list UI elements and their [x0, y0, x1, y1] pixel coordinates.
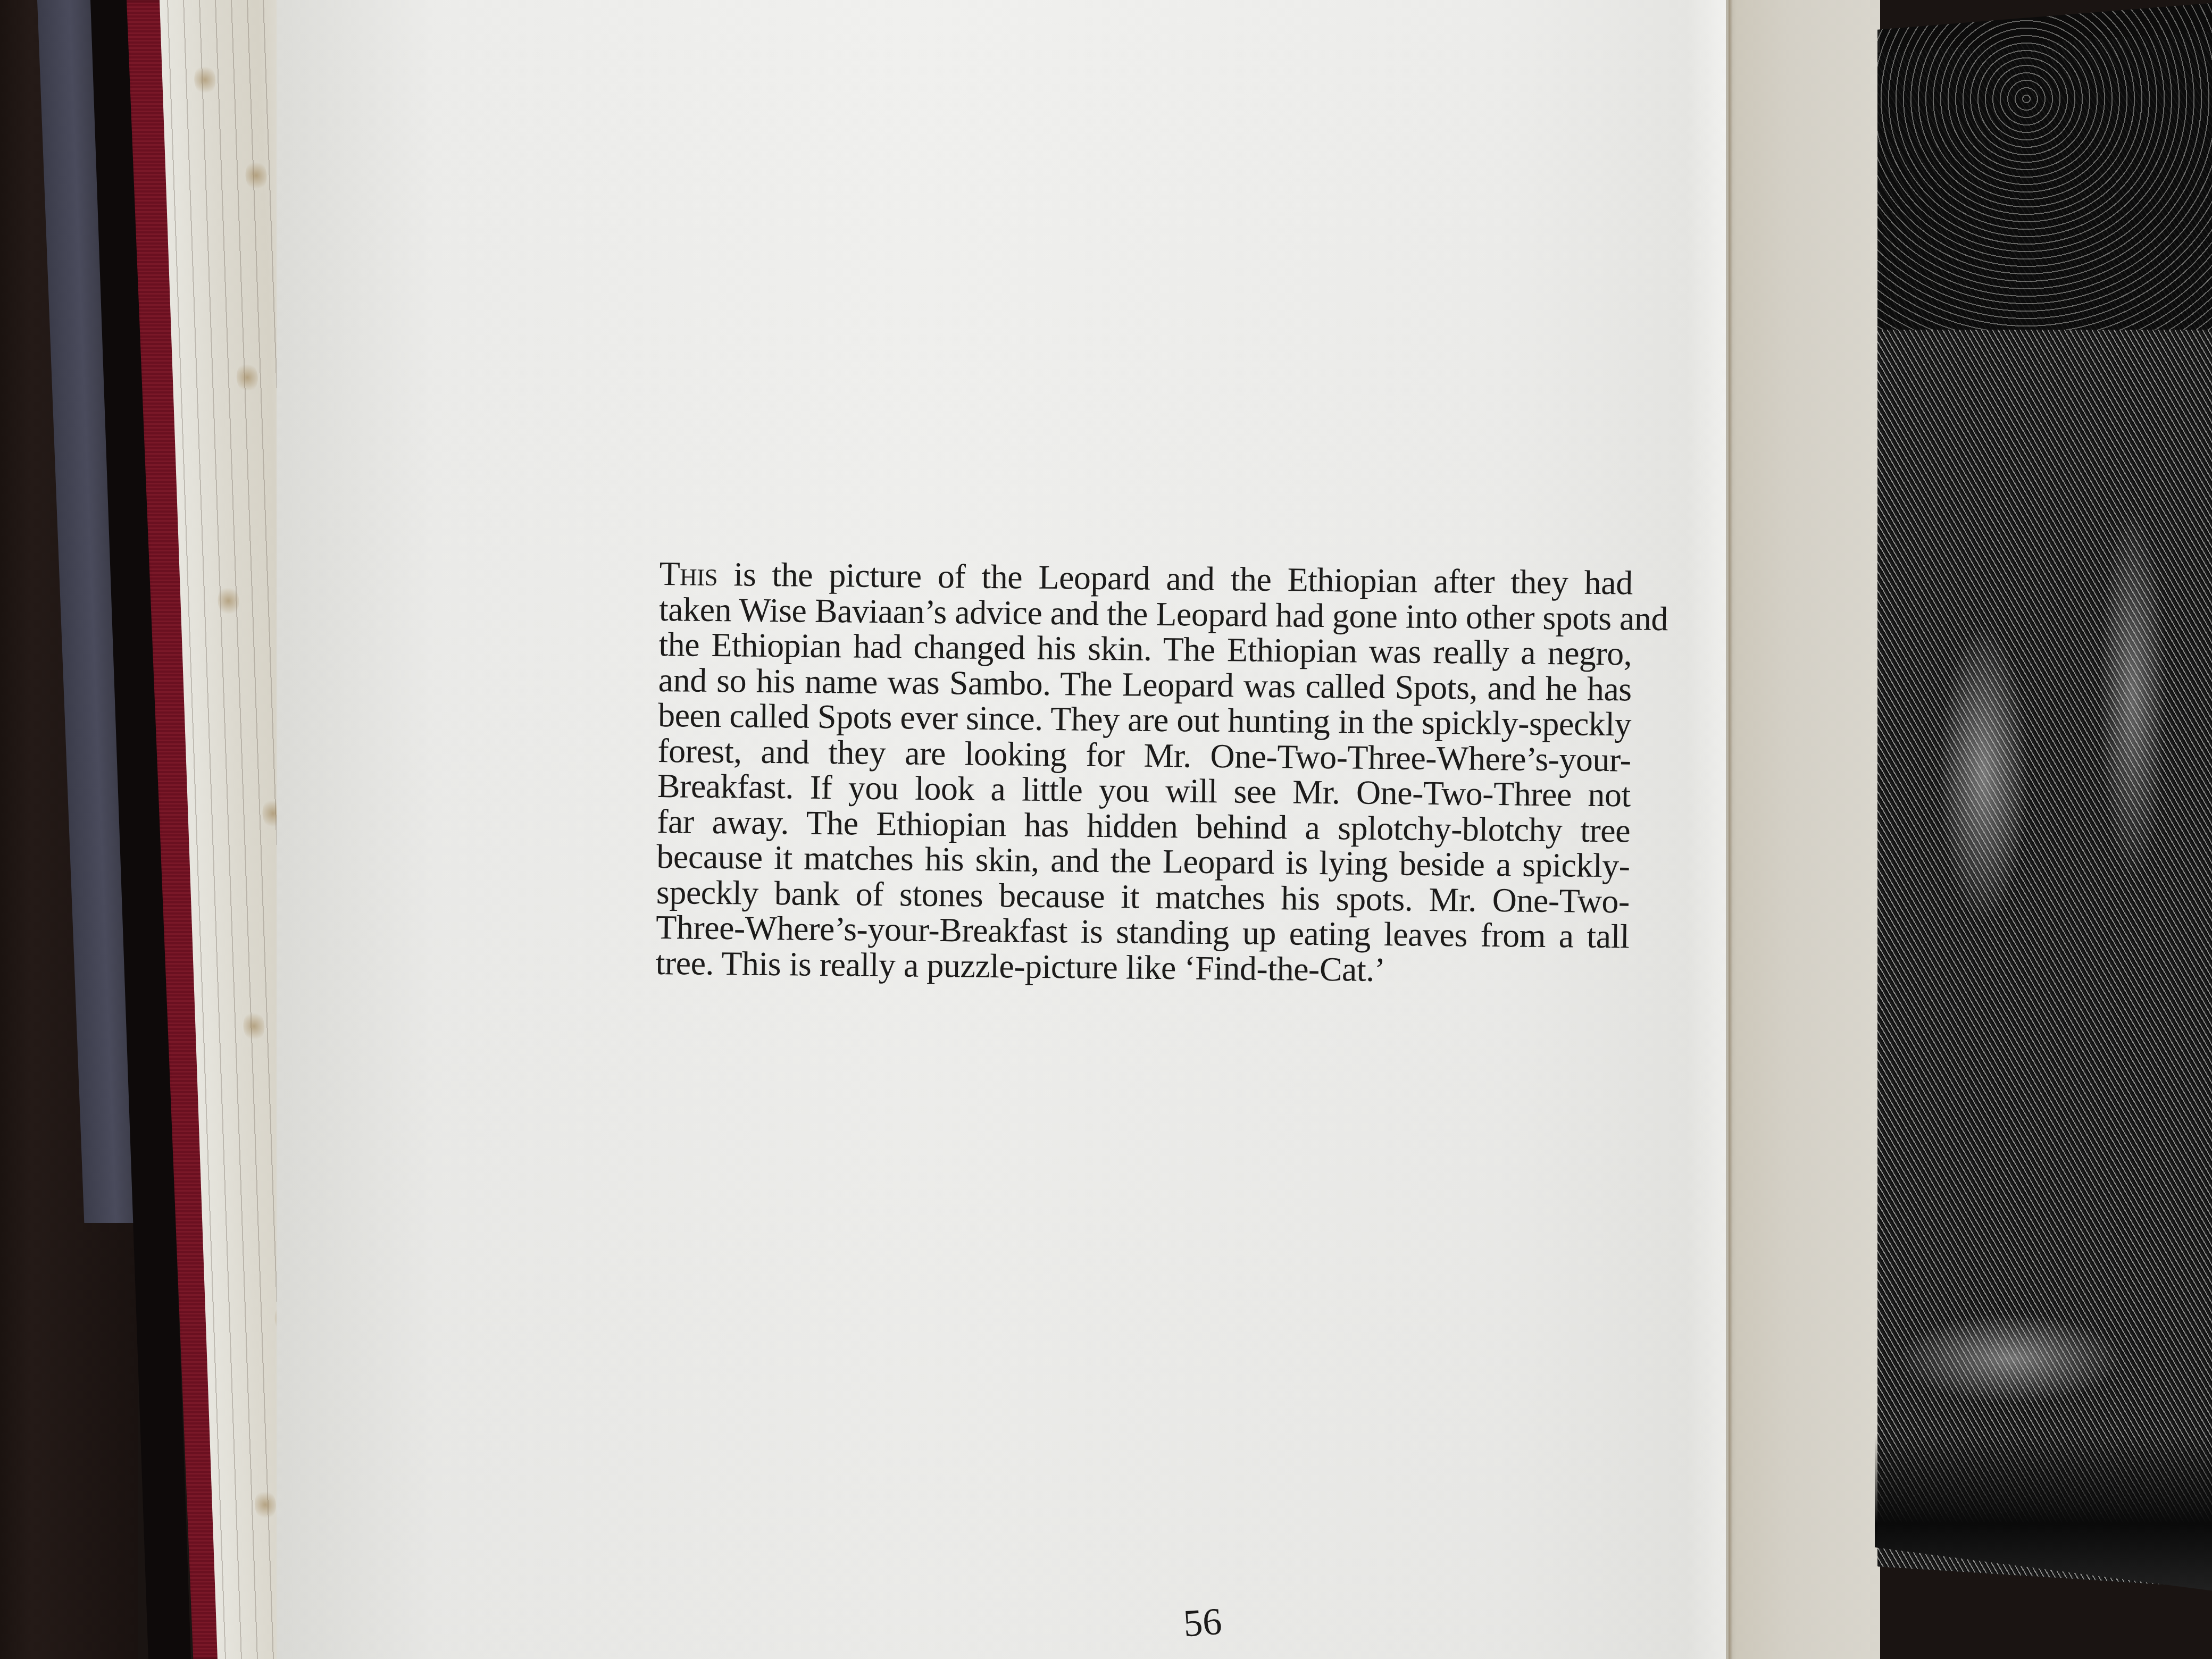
foxing-stain — [217, 585, 239, 617]
gutter-fold — [1729, 0, 1733, 1659]
page-number: 56 — [1182, 1599, 1223, 1646]
illustration-foliage — [1877, 0, 2212, 330]
drop-lead-word: This — [659, 555, 717, 593]
caption-paragraph: This is the picture of the Leopard and t… — [655, 556, 1633, 990]
book-gutter — [1726, 0, 1880, 1659]
foxing-stain — [194, 64, 216, 96]
foxing-stain — [254, 1489, 277, 1521]
foxing-stain — [245, 160, 267, 191]
foxing-stain — [236, 362, 258, 393]
foxing-stain — [243, 1010, 265, 1042]
